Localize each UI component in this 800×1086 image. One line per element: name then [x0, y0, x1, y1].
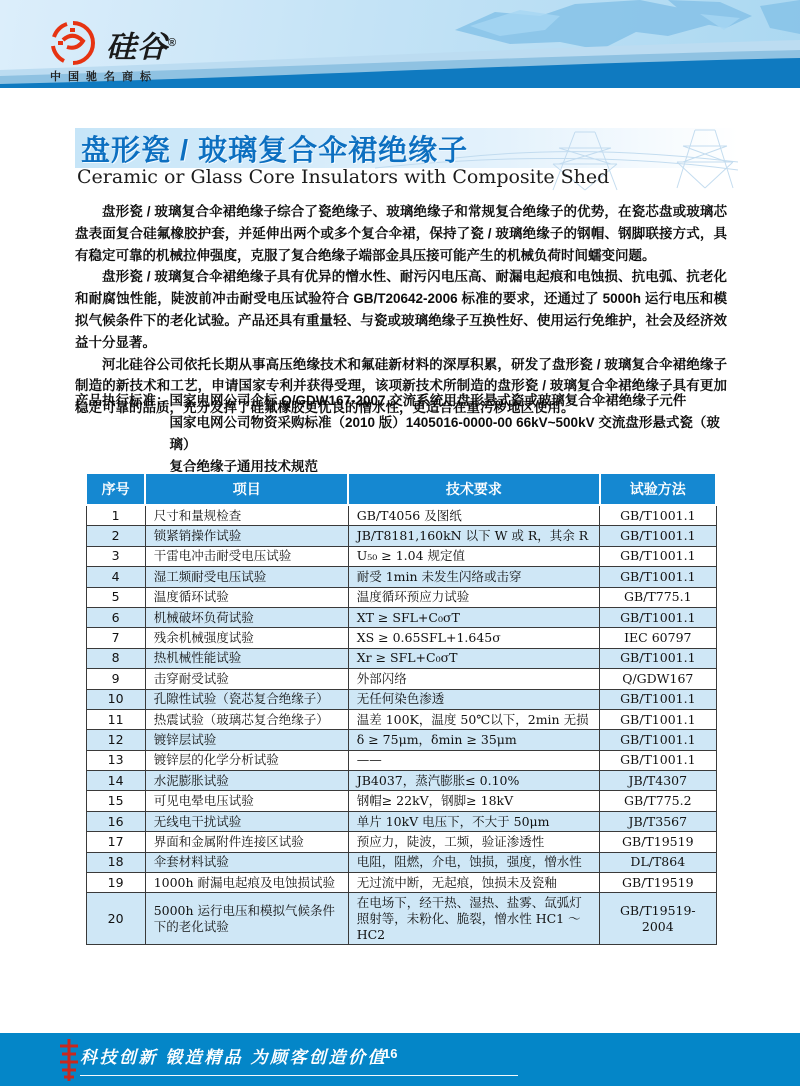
table-row: 17界面和金属附件连接区试验预应力，陡波，工频，验证渗透性GB/T19519: [86, 832, 716, 852]
table-cell: 在电场下，经干热、湿热、盐雾、氙弧灯照射等，未粉化、脆裂，憎水性 HC1 ～ H…: [348, 893, 599, 945]
table-cell: GB/T775.2: [600, 791, 716, 811]
table-cell: GB/T1001.1: [600, 648, 716, 668]
table-cell: 耐受 1min 未发生闪络或击穿: [348, 567, 599, 587]
registered-trademark: ®: [168, 37, 177, 49]
table-cell: IEC 60797: [600, 628, 716, 648]
table-cell: 孔隙性试验（瓷芯复合绝缘子）: [145, 689, 348, 709]
table-cell: 镀锌层的化学分析试验: [145, 750, 348, 770]
table-row: 12镀锌层试验δ ≥ 75μm，δmin ≥ 35μmGB/T1001.1: [86, 730, 716, 750]
table-row: 16无线电干扰试验单片 10kV 电压下，不大于 50μmJB/T3567: [86, 811, 716, 831]
table-cell: JB4037，蒸汽膨胀≤ 0.10%: [348, 771, 599, 791]
table-cell: GB/T1001.1: [600, 607, 716, 627]
table-cell: GB/T1001.1: [600, 526, 716, 546]
table-cell: GB/T1001.1: [600, 505, 716, 526]
table-cell: 湿工频耐受电压试验: [145, 567, 348, 587]
paragraph: 盘形瓷 / 玻璃复合伞裙绝缘子具有优异的憎水性、耐污闪电压高、耐漏电起痕和电蚀损…: [75, 266, 727, 353]
table-cell: GB/T19519: [600, 832, 716, 852]
table-cell: δ ≥ 75μm，δmin ≥ 35μm: [348, 730, 599, 750]
table-cell: U₅₀ ≥ 1.04 规定值: [348, 546, 599, 566]
spec-table: 序号项目技术要求试验方法 1尺寸和量规检查GB/T4056 及图纸GB/T100…: [85, 472, 717, 945]
insulator-icon: [60, 1039, 78, 1081]
table-cell: 水泥膨胀试验: [145, 771, 348, 791]
page-title-english: Ceramic or Glass Core Insulators with Co…: [77, 166, 609, 188]
table-cell: 14: [86, 771, 145, 791]
table-row: 191000h 耐漏电起痕及电蚀损试验无过流中断，无起痕，蚀损未及瓷釉GB/T1…: [86, 873, 716, 893]
table-cell: 1: [86, 505, 145, 526]
table-cell: 16: [86, 811, 145, 831]
table-cell: 5000h 运行电压和模拟气候条件下的老化试验: [145, 893, 348, 945]
table-cell: 18: [86, 852, 145, 872]
table-cell: 7: [86, 628, 145, 648]
table-cell: XS ≥ 0.65SFL+1.645σ: [348, 628, 599, 648]
table-cell: 2: [86, 526, 145, 546]
table-cell: 1000h 耐漏电起痕及电蚀损试验: [145, 873, 348, 893]
table-row: 3干雷电冲击耐受电压试验U₅₀ ≥ 1.04 规定值GB/T1001.1: [86, 546, 716, 566]
table-cell: 外部闪络: [348, 669, 599, 689]
standards-label: 产品执行标准：: [75, 390, 170, 478]
table-row: 1尺寸和量规检查GB/T4056 及图纸GB/T1001.1: [86, 505, 716, 526]
table-row: 6机械破坏负荷试验XT ≥ SFL+C₀σTGB/T1001.1: [86, 607, 716, 627]
table-row: 15可见电晕电压试验钢帽≥ 22kV，钢脚≥ 18kVGB/T775.2: [86, 791, 716, 811]
table-cell: 界面和金属附件连接区试验: [145, 832, 348, 852]
table-cell: 3: [86, 546, 145, 566]
table-cell: XT ≥ SFL+C₀σT: [348, 607, 599, 627]
table-row: 11热震试验（玻璃芯复合绝缘子）温差 100K，温度 50℃以下，2min 无损…: [86, 709, 716, 729]
table-cell: 9: [86, 669, 145, 689]
table-cell: 8: [86, 648, 145, 668]
table-cell: GB/T19519-2004: [600, 893, 716, 945]
table-cell: 19: [86, 873, 145, 893]
page-title: 盘形瓷 / 玻璃复合伞裙绝缘子: [81, 128, 468, 169]
table-cell: 可见电晕电压试验: [145, 791, 348, 811]
column-header: 项目: [145, 473, 348, 505]
table-cell: GB/T1001.1: [600, 709, 716, 729]
table-cell: 单片 10kV 电压下，不大于 50μm: [348, 811, 599, 831]
silicon-valley-logo-icon: [50, 20, 96, 66]
table-cell: 温差 100K，温度 50℃以下，2min 无损: [348, 709, 599, 729]
paragraph: 盘形瓷 / 玻璃复合伞裙绝缘子综合了瓷绝缘子、玻璃绝缘子和常规复合绝缘子的优势，…: [75, 201, 727, 266]
table-cell: 6: [86, 607, 145, 627]
page-header: 硅谷® 中国驰名商标: [0, 0, 800, 88]
table-row: 10孔隙性试验（瓷芯复合绝缘子）无任何染色渗透GB/T1001.1: [86, 689, 716, 709]
table-cell: 温度循环试验: [145, 587, 348, 607]
catalog-page: 硅谷® 中国驰名商标 盘形瓷 / 玻璃复合伞裙绝缘子 Ceramic: [0, 0, 800, 1086]
column-header: 技术要求: [348, 473, 599, 505]
table-row: 18伞套材料试验电阻，阻燃，介电，蚀损，强度，憎水性DL/T864: [86, 852, 716, 872]
standards-lines: 国家电网公司企标 Q/GDW167-2007 交流系统用盘形悬式瓷或玻璃复合伞裙…: [170, 390, 728, 478]
footer-slogan: 科技创新 锻造精品 为顾客创造价值: [80, 1043, 518, 1076]
table-row: 5温度循环试验温度循环预应力试验GB/T775.1: [86, 587, 716, 607]
table-cell: 残余机械强度试验: [145, 628, 348, 648]
table-cell: GB/T4056 及图纸: [348, 505, 599, 526]
table-cell: 钢帽≥ 22kV，钢脚≥ 18kV: [348, 791, 599, 811]
table-cell: 干雷电冲击耐受电压试验: [145, 546, 348, 566]
logo-wordmark: 硅谷®: [106, 20, 177, 71]
table-row: 14水泥膨胀试验JB4037，蒸汽膨胀≤ 0.10%JB/T4307: [86, 771, 716, 791]
intro-text: 盘形瓷 / 玻璃复合伞裙绝缘子综合了瓷绝缘子、玻璃绝缘子和常规复合绝缘子的优势，…: [75, 201, 727, 419]
table-cell: 无线电干扰试验: [145, 811, 348, 831]
table-cell: 15: [86, 791, 145, 811]
table-cell: 电阻，阻燃，介电，蚀损，强度，憎水性: [348, 852, 599, 872]
page-footer: 科技创新 锻造精品 为顾客创造价值 16: [0, 1033, 800, 1086]
table-cell: 尺寸和量规检查: [145, 505, 348, 526]
spec-table-container: 序号项目技术要求试验方法 1尺寸和量规检查GB/T4056 及图纸GB/T100…: [85, 472, 717, 945]
table-cell: Q/GDW167: [600, 669, 716, 689]
table-cell: GB/T1001.1: [600, 689, 716, 709]
table-cell: GB/T775.1: [600, 587, 716, 607]
table-cell: GB/T1001.1: [600, 750, 716, 770]
table-cell: JB/T4307: [600, 771, 716, 791]
column-header: 序号: [86, 473, 145, 505]
table-cell: 17: [86, 832, 145, 852]
table-cell: 镀锌层试验: [145, 730, 348, 750]
spec-table-head-row: 序号项目技术要求试验方法: [86, 473, 716, 505]
table-cell: 伞套材料试验: [145, 852, 348, 872]
table-row: 2锁紧销操作试验JB/T8181,160kN 以下 W 或 R，其余 RGB/T…: [86, 526, 716, 546]
section-title-banner: 盘形瓷 / 玻璃复合伞裙绝缘子 Ceramic or Glass Core In…: [75, 128, 738, 193]
table-cell: 击穿耐受试验: [145, 669, 348, 689]
table-cell: 13: [86, 750, 145, 770]
table-cell: JB/T8181,160kN 以下 W 或 R，其余 R: [348, 526, 599, 546]
table-cell: GB/T1001.1: [600, 567, 716, 587]
logo-subtitle: 中国驰名商标: [50, 68, 158, 84]
table-cell: 12: [86, 730, 145, 750]
table-cell: GB/T1001.1: [600, 730, 716, 750]
company-logo: 硅谷®: [50, 20, 177, 71]
table-row: 205000h 运行电压和模拟气候条件下的老化试验在电场下，经干热、湿热、盐雾、…: [86, 893, 716, 945]
table-cell: 4: [86, 567, 145, 587]
table-cell: 锁紧销操作试验: [145, 526, 348, 546]
spec-table-body: 1尺寸和量规检查GB/T4056 及图纸GB/T1001.12锁紧销操作试验JB…: [86, 505, 716, 945]
standards-line: 国家电网公司企标 Q/GDW167-2007 交流系统用盘形悬式瓷或玻璃复合伞裙…: [170, 390, 728, 412]
table-cell: DL/T864: [600, 852, 716, 872]
table-cell: 5: [86, 587, 145, 607]
table-row: 9击穿耐受试验外部闪络Q/GDW167: [86, 669, 716, 689]
table-cell: ——: [348, 750, 599, 770]
table-cell: 10: [86, 689, 145, 709]
table-row: 8热机械性能试验Xr ≥ SFL+C₀σTGB/T1001.1: [86, 648, 716, 668]
standards-line: 国家电网公司物资采购标准（2010 版）1405016-0000-00 66kV…: [170, 412, 728, 456]
table-cell: 20: [86, 893, 145, 945]
page-number: 16: [383, 1046, 397, 1061]
column-header: 试验方法: [600, 473, 716, 505]
table-row: 7残余机械强度试验XS ≥ 0.65SFL+1.645σIEC 60797: [86, 628, 716, 648]
table-row: 4湿工频耐受电压试验耐受 1min 未发生闪络或击穿GB/T1001.1: [86, 567, 716, 587]
table-cell: 热震试验（玻璃芯复合绝缘子）: [145, 709, 348, 729]
table-cell: 无过流中断，无起痕，蚀损未及瓷釉: [348, 873, 599, 893]
table-cell: 热机械性能试验: [145, 648, 348, 668]
table-cell: 机械破坏负荷试验: [145, 607, 348, 627]
table-row: 13镀锌层的化学分析试验——GB/T1001.1: [86, 750, 716, 770]
table-cell: Xr ≥ SFL+C₀σT: [348, 648, 599, 668]
table-cell: GB/T1001.1: [600, 546, 716, 566]
table-cell: JB/T3567: [600, 811, 716, 831]
table-cell: GB/T19519: [600, 873, 716, 893]
table-cell: 11: [86, 709, 145, 729]
table-cell: 无任何染色渗透: [348, 689, 599, 709]
table-cell: 预应力，陡波，工频，验证渗透性: [348, 832, 599, 852]
product-standards: 产品执行标准： 国家电网公司企标 Q/GDW167-2007 交流系统用盘形悬式…: [75, 390, 727, 478]
table-cell: 温度循环预应力试验: [348, 587, 599, 607]
